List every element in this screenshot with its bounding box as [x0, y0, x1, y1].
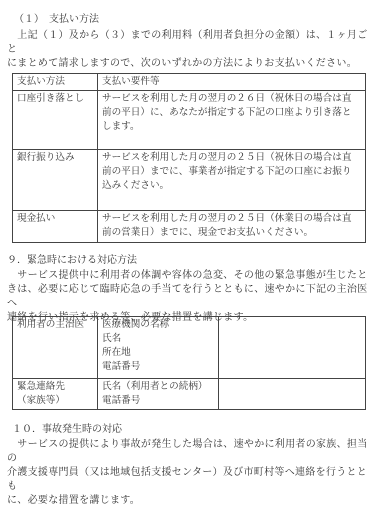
doctor-value-cell[interactable]: [219, 317, 366, 379]
requirements-line: 込みください。: [102, 179, 361, 193]
accident-body: サービスの提供により事故が発生した場合は、速やかに利用者の家族、担当の 介護支援…: [7, 438, 369, 508]
requirements-cell: サービスを利用した月の翌月の２５日（祝休日の場合は直 前の平日）までに、事業者が…: [98, 150, 366, 211]
emergency-heading: ９．緊急時における対応方法: [7, 254, 137, 268]
field-label: 所在地: [102, 346, 214, 360]
requirements-line: 前の営業日）までに、現金でお支払いください。: [102, 226, 361, 240]
method-cell: 現金払い: [13, 211, 98, 243]
payment-methods-table: 支払い方法 支払い要件等 口座引き落とし サービスを利用した月の翌月の２６日（祝…: [12, 73, 366, 243]
doctor-fields: 医療機関の名称 氏名 所在地 電話番号: [98, 317, 219, 379]
table-row: 利用者の主治医 医療機関の名称 氏名 所在地 電話番号: [13, 317, 366, 379]
table-row: 銀行振り込み サービスを利用した月の翌月の２５日（祝休日の場合は直 前の平日）ま…: [13, 150, 366, 211]
emergency-contact-value-cell[interactable]: [219, 379, 366, 410]
field-label: 電話番号: [102, 360, 214, 374]
emergency-body-line: きは、必要に応じて臨時応急の手当てを行うとともに、速やかに下記の主治医へ: [7, 283, 369, 311]
accident-body-line: サービスの提供により事故が発生した場合は、速やかに利用者の家族、担当の: [7, 438, 369, 466]
table-header-row: 支払い方法 支払い要件等: [13, 74, 366, 91]
header-requirements: 支払い要件等: [98, 74, 366, 91]
requirements-cell: サービスを利用した月の翌月の２５日（休業日の場合は直 前の営業日）までに、現金で…: [98, 211, 366, 243]
emergency-contacts-table: 利用者の主治医 医療機関の名称 氏名 所在地 電話番号 緊急連絡先 （家族等） …: [12, 316, 366, 410]
method-cell: 銀行振り込み: [13, 150, 98, 211]
requirements-line: サービスを利用した月の翌月の２６日（祝休日の場合は直: [102, 92, 361, 106]
requirements-line: します。: [102, 120, 361, 134]
method-cell: 口座引き落とし: [13, 91, 98, 150]
header-method: 支払い方法: [13, 74, 98, 91]
doctor-label: 利用者の主治医: [13, 317, 98, 379]
accident-body-line: に、必要な措置を講じます。: [7, 494, 369, 508]
payment-intro: 上記（１）及から（３）までの利用料（利用者負担分の金額）は、１ヶ月ごと にまとめ…: [7, 29, 369, 71]
field-label: 氏名: [102, 332, 214, 346]
field-label: 氏名（利用者との続柄）: [102, 380, 214, 394]
payment-heading: （１） 支払い方法: [14, 13, 99, 27]
table-row: 緊急連絡先 （家族等） 氏名（利用者との続柄） 電話番号: [13, 379, 366, 410]
emergency-contact-fields: 氏名（利用者との続柄） 電話番号: [98, 379, 219, 410]
accident-heading: １０．事故発生時の対応: [12, 423, 122, 437]
table-row: 現金払い サービスを利用した月の翌月の２５日（休業日の場合は直 前の営業日）まで…: [13, 211, 366, 243]
requirements-cell: サービスを利用した月の翌月の２６日（祝休日の場合は直 前の平日）に、あなたが指定…: [98, 91, 366, 150]
accident-body-line: 介護支援専門員（又は地域包括支援センター）及び市町村等へ連絡を行うととも: [7, 466, 369, 494]
field-label: 医療機関の名称: [102, 318, 214, 332]
payment-intro-line: にまとめて請求しますので、次のいずれかの方法によりお支払いください。: [7, 57, 369, 71]
requirements-line: サービスを利用した月の翌月の２５日（祝休日の場合は直: [102, 151, 361, 165]
label-line: （家族等）: [17, 394, 93, 408]
requirements-line: 前の平日）までに、事業者が指定する下記の口座にお振り: [102, 165, 361, 179]
emergency-body-line: サービス提供中に利用者の体調や容体の急変、その他の緊急事態が生じたと: [7, 269, 369, 283]
emergency-contact-label: 緊急連絡先 （家族等）: [13, 379, 98, 410]
field-label: 電話番号: [102, 394, 214, 408]
requirements-line: サービスを利用した月の翌月の２５日（休業日の場合は直: [102, 212, 361, 226]
label-line: 緊急連絡先: [17, 380, 93, 394]
table-row: 口座引き落とし サービスを利用した月の翌月の２６日（祝休日の場合は直 前の平日）…: [13, 91, 366, 150]
payment-intro-line: 上記（１）及から（３）までの利用料（利用者負担分の金額）は、１ヶ月ごと: [7, 29, 369, 57]
requirements-line: 前の平日）に、あなたが指定する下記の口座より引き落と: [102, 106, 361, 120]
